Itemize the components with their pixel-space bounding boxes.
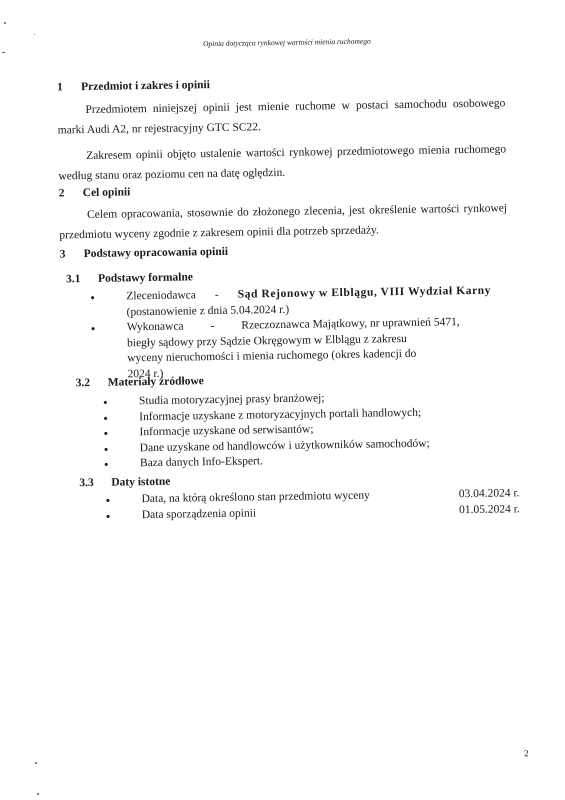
running-header: Opinia dotycząca rynkowej wartości mieni…	[0, 34, 559, 52]
scan-speck	[35, 762, 37, 764]
subsection-3-3-heading: 3.3Daty istotne	[79, 476, 170, 489]
subsection-title: Daty istotne	[111, 476, 170, 489]
section-3-heading: 3Podstawy opracowania opinii	[60, 246, 229, 261]
client-name: Sąd Rejonowy w Elblągu, VIII Wydział Kar…	[238, 285, 492, 301]
page-number: 2	[524, 748, 529, 758]
section-number: 3	[60, 248, 84, 260]
section-2-paragraph: Celem opracowania, stosownie do złożoneg…	[59, 198, 508, 245]
section-1-paragraph-1: Przedmiotem niniejszej opinii jest mieni…	[57, 93, 506, 140]
formal-basis-list: Zleceniodawca - Sąd Rejonowy w Elblągu, …	[90, 283, 511, 383]
subsection-number: 3.2	[76, 377, 108, 390]
section-1-heading: 1Przedmiot i zakres i opinii	[57, 79, 210, 93]
subsection-3-1-heading: 3.1Podstawy formalne	[66, 271, 193, 285]
date-label: Data sporządzenia opinii	[142, 506, 257, 523]
document-page: Opinia dotycząca rynkowej wartości mieni…	[0, 0, 565, 800]
scan-speck	[34, 34, 35, 35]
section-title: Cel opinii	[83, 186, 131, 199]
scan-speck	[4, 22, 6, 24]
date-value: 03.04.2024 r.	[459, 486, 520, 502]
section-1-paragraph-2: Zakresem opinii objęto ustalenie wartośc…	[58, 139, 507, 186]
subsection-number: 3.1	[66, 273, 98, 286]
scan-speck	[2, 52, 5, 53]
subsection-title: Podstawy formalne	[98, 271, 193, 284]
subsection-3-2-heading: 3.2Materiały źródłowe	[76, 375, 204, 389]
source-materials-list: Studia motoryzacyjnej prasy branżowej; I…	[103, 388, 514, 472]
section-number: 1	[57, 81, 81, 93]
key-dates-list: Data, na którą określono stan przedmiotu…	[105, 486, 519, 523]
section-title: Podstawy opracowania opinii	[84, 246, 229, 260]
scan-speck	[37, 793, 39, 795]
section-2-heading: 2Cel opinii	[59, 186, 131, 199]
list-item: Wykonawca - Rzeczoznawca Majątkowy, nr u…	[91, 314, 512, 383]
subsection-number: 3.3	[79, 477, 111, 490]
subsection-title: Materiały źródłowe	[108, 375, 204, 389]
section-title: Przedmiot i zakres i opinii	[81, 79, 210, 93]
section-number: 2	[59, 187, 83, 199]
date-value: 01.05.2024 r.	[459, 502, 520, 518]
